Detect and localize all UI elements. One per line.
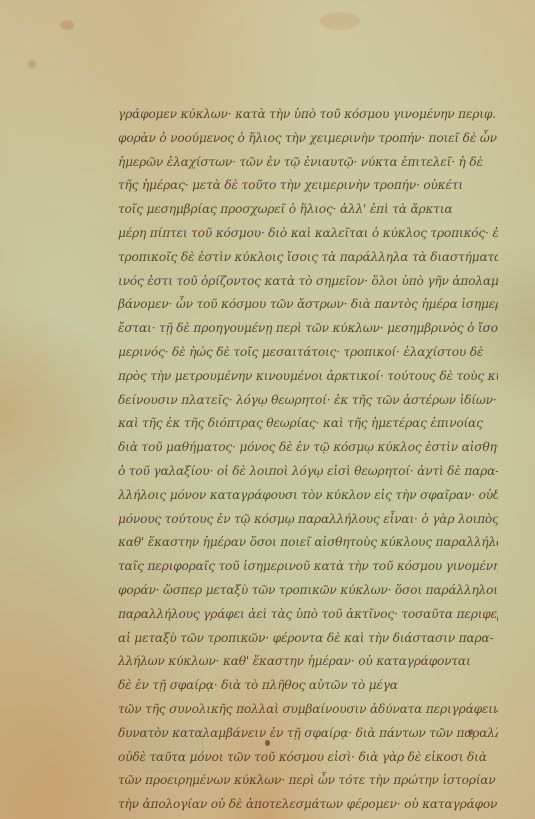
- foxing-stain: [60, 20, 74, 30]
- foxing-stain: [320, 12, 360, 30]
- text-line: μέρη πίπτει τοῦ κόσμου· διὸ καὶ καλεῖται…: [118, 222, 498, 246]
- text-line: τὴν ἀπολογίαν οὐ δὲ ἀποτελεσμάτων φέρομε…: [118, 793, 498, 817]
- text-line: ἔσται· τῇ δὲ προηγουμένῃ περὶ τῶν κύκλων…: [118, 317, 498, 341]
- text-line: παραλλήλους γράφει ἀεὶ τὰς ὑπὸ τοῦ ἀκτῖν…: [118, 603, 498, 627]
- text-line: ταῖς περιφοραῖς τοῦ ἰσημερινοῦ κατὰ τὴν …: [118, 555, 498, 579]
- text-line: ὁ τοῦ γαλαξίου· οἱ δὲ λοιποὶ λόγῳ εἰσὶ θ…: [118, 460, 498, 484]
- text-line: μερινός· δὲ ἠώς δὲ τοῖς μεσαιτάτοις· τρο…: [118, 341, 498, 365]
- text-line: βάνομεν· ὧν τοῦ κόσμου τῶν ἄστρων· διὰ π…: [118, 293, 498, 317]
- text-line: λλήλοις μόνον καταγράφουσι τὸν κύκλον εἰ…: [118, 484, 498, 508]
- text-line: οὐδὲ ταῦτα μόνοι τῶν τοῦ κόσμου εἰσὶ· δι…: [118, 746, 498, 770]
- text-line: τοῖς μεσημβρίας προσχωρεῖ ὁ ἥλιος· ἀλλ' …: [118, 198, 498, 222]
- text-line: τῶν τῆς συνολικῆς πολλαὶ συμβαίνουσιν ἀδ…: [118, 698, 498, 722]
- text-line: λλήλων κύκλων· καθ' ἕκαστην ἡμέραν· οὐ κ…: [118, 650, 498, 674]
- text-line: ἡμερῶν ἐλαχίστων· τῶν ἐν τῷ ἐνιαυτῷ· νύκ…: [118, 151, 498, 175]
- text-line: δὲ ἐν τῇ σφαίρᾳ· διὰ τὸ πλῆθος αὐτῶν τὸ …: [118, 674, 498, 698]
- foxing-stain: [28, 60, 36, 68]
- text-line: φορὰν ὁ νοούμενος ὁ ἥλιος τὴν χειμερινὴν…: [118, 127, 498, 151]
- text-line: ινός ἐστι τοῦ ὁρίζοντος κατὰ τὸ σημεῖον·…: [118, 270, 498, 294]
- text-line: καὶ τῆς ἐκ τῆς διόπτρας θεωρίας· καὶ τῆς…: [118, 412, 498, 436]
- text-line: δείνουσιν πλατεῖς· λόγῳ θεωρητοί· ἐκ τῆς…: [118, 389, 498, 413]
- text-line: φοράν· ὥσπερ μεταξὺ τῶν τροπικῶν κύκλων·…: [118, 579, 498, 603]
- text-line: πρὸς τὴν μετρουμένην κινουμένοι ἀρκτικοί…: [118, 365, 498, 389]
- text-line: δυνατὸν καταλαμβάνειν ἐν τῇ σφαίρᾳ· διὰ …: [118, 722, 498, 746]
- manuscript-page: γράφομεν κύκλων· κατὰ τὴν ὑπὸ τοῦ κόσμου…: [0, 0, 535, 819]
- text-block: γράφομεν κύκλων· κατὰ τὴν ὑπὸ τοῦ κόσμου…: [118, 103, 498, 817]
- text-line: γράφομεν κύκλων· κατὰ τὴν ὑπὸ τοῦ κόσμου…: [118, 103, 498, 127]
- text-line: αἱ μεταξὺ τῶν τροπικῶν· φέροντα δὲ καὶ τ…: [118, 627, 498, 651]
- text-line: καθ' ἕκαστην ἡμέραν ὅσοι ποιεῖ αἰσθητοὺς…: [118, 531, 498, 555]
- text-line: τῶν προειρημένων κύκλων· περὶ ὧν τότε τὴ…: [118, 769, 498, 793]
- text-line: τροπικοῖς δὲ ἐστὶν κύκλοις ἴσοις τὰ παρά…: [118, 246, 498, 270]
- text-line: τῆς ἡμέρας· μετὰ δὲ τοῦτο τὴν χειμερινὴν…: [118, 174, 498, 198]
- text-line: διὰ τοῦ μαθήματος· μόνος δὲ ἐν τῷ κόσμῳ …: [118, 436, 498, 460]
- text-line: μόνους τούτους ἐν τῷ κόσμῳ παραλλήλους ε…: [118, 508, 498, 532]
